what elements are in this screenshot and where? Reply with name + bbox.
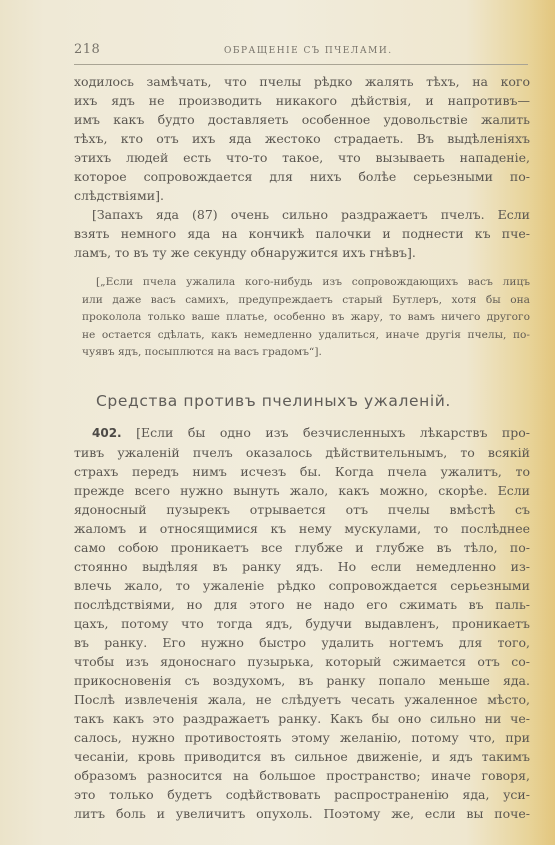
text-line: образомъ разносится на большое пространс…: [74, 766, 530, 785]
butler-quote: [„Если пчела ужалила кого-нибудь изъ соп…: [74, 274, 530, 362]
text-line: ламъ, то въ ту же секунду обнаружится их…: [74, 243, 530, 262]
text-line: литъ боль и увеличитъ опухоль. Поэтому ж…: [74, 804, 530, 823]
text-line: прикосновенія съ воздухомъ, въ ранку поп…: [74, 671, 530, 690]
text-line: ядоносный пузырекъ отрывается отъ пчелы …: [74, 500, 530, 519]
text-line: тѣхъ, кто отъ ихъ яда жестоко страдаеть.…: [74, 129, 530, 148]
text-line: чтобы изъ ядоноснаго пузырька, который с…: [74, 652, 530, 671]
text-line: проколола только ваше платье, особенно в…: [82, 309, 530, 327]
running-title: ОБРАЩЕНІЕ СЪ ПЧЕЛАМИ.: [224, 46, 393, 56]
paragraph-402: 402. [Если бы одно изъ безчисленныхъ лѣк…: [74, 423, 530, 823]
text-line: влечь жало, то ужаленіе рѣдко сопровожда…: [74, 576, 530, 595]
header-rule: [74, 64, 528, 65]
paragraph-continued: ходилось замѣчать, что пчелы рѣдко жалят…: [74, 72, 530, 205]
text-line: чесаніи, кровь приводится въ сильное дви…: [74, 747, 530, 766]
text-line: [„Если пчела ужалила кого-нибудь изъ соп…: [82, 274, 530, 292]
text-line: это только будетъ содѣйствовать распрост…: [74, 785, 530, 804]
text-line: взять немного яда на кончикѣ палочки и п…: [74, 224, 530, 243]
text-line: ихъ ядъ не производить никакого дѣйствія…: [74, 91, 530, 110]
book-page: 218 ОБРАЩЕНІЕ СЪ ПЧЕЛАМИ. ходилось замѣч…: [74, 42, 530, 823]
text-line: въ ранку. Его нужно быстро удалить ногте…: [74, 633, 530, 652]
text-line: такъ какъ это раздражаетъ ранку. Какъ бы…: [74, 709, 530, 728]
text-line: послѣдствіями, но для этого не надо его …: [74, 595, 530, 614]
paragraph-number: 402.: [92, 426, 122, 440]
text-line: имъ какъ будто доставляеть особенное удо…: [74, 110, 530, 129]
text-line: стоянно выдѣляя въ ранку ядъ. Но если не…: [74, 557, 530, 576]
text-line: слѣдствіями].: [74, 186, 530, 205]
text-line: 402. [Если бы одно изъ безчисленныхъ лѣк…: [74, 423, 530, 443]
body-text: ходилось замѣчать, что пчелы рѣдко жалят…: [74, 72, 530, 823]
paragraph-venom-smell: [Запахъ яда (87) очень сильно раздражает…: [74, 205, 530, 262]
text-line: цахъ, потому что тогда ядъ, будучи выдав…: [74, 614, 530, 633]
text-line: Послѣ извлеченія жала, не слѣдуетъ чесат…: [74, 690, 530, 709]
section-heading: Средства противъ пчелиныхъ ужаленій.: [96, 392, 530, 411]
text-line: или даже васъ самихъ, предупреждаетъ ста…: [82, 292, 530, 310]
text-line: не остается сдѣлать, какъ немедленно уда…: [82, 327, 530, 345]
text-line: чуявъ ядъ, посыплются на васъ градомъ“].: [82, 344, 530, 362]
text-line: салось, нужно противостоять этому желані…: [74, 728, 530, 747]
page-number: 218: [74, 42, 134, 57]
text-line: само собою проникаетъ все глубже и глубж…: [74, 538, 530, 557]
text-line: тивъ ужаленій пчелъ оказалось дѣйствител…: [74, 443, 530, 462]
text-line: прежде всего нужно вынуть жало, какъ мож…: [74, 481, 530, 500]
text-line: этихъ людей есть что-то такое, что вызыв…: [74, 148, 530, 167]
text-line: ходилось замѣчать, что пчелы рѣдко жалят…: [74, 72, 530, 91]
text-line: страхъ передъ нимъ исчезъ бы. Когда пчел…: [74, 462, 530, 481]
text-line: жаломъ и относящимися къ нему мускулами,…: [74, 519, 530, 538]
text-line: [Запахъ яда (87) очень сильно раздражает…: [74, 205, 530, 224]
text-span: [Если бы одно изъ безчисленныхъ лѣкарств…: [136, 425, 530, 440]
page-header: 218 ОБРАЩЕНІЕ СЪ ПЧЕЛАМИ.: [74, 42, 530, 60]
text-line: которое сопровождается для нихъ болѣе се…: [74, 167, 530, 186]
